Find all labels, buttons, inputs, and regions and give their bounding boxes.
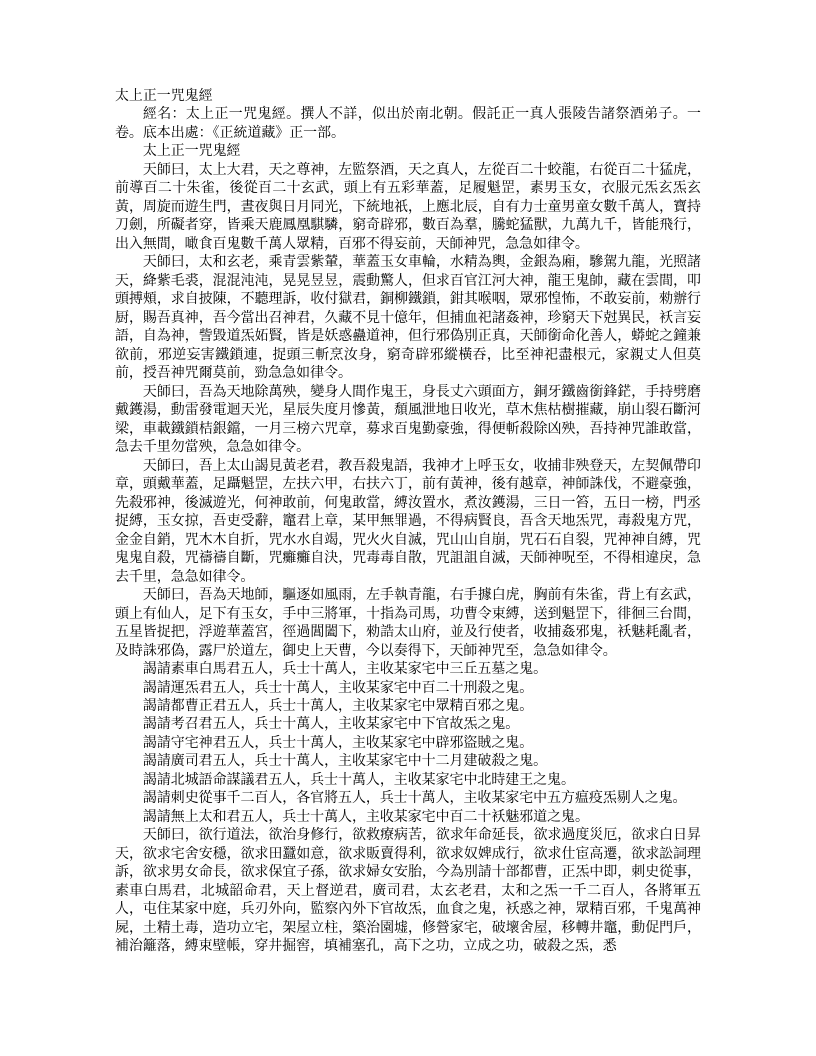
scripture-text-block: 太上正一咒鬼經 經名：太上正一咒鬼經。撰人不詳，似出於南北朝。假託正一真人張陵告…: [115, 88, 701, 957]
paragraph-tianshi-3: 天師曰，吾為天地除萬殃，變身人間作鬼王，身長丈六頭面方，銅牙鐵齒銜鋒鋩，手持劈磨…: [115, 384, 701, 458]
doc-title-repeat: 太上正一咒鬼經: [115, 143, 701, 161]
doc-metadata-paragraph: 經名：太上正一咒鬼經。撰人不詳，似出於南北朝。假託正一真人張陵告諸祭酒弟子。一卷…: [115, 106, 701, 143]
invocation-line-3: 謁請都曹正君五人，兵士十萬人，主收某家宅中眾精百邪之鬼。: [115, 698, 701, 716]
document-page: 太上正一咒鬼經 經名：太上正一咒鬼經。撰人不詳，似出於南北朝。假託正一真人張陵告…: [0, 0, 816, 1056]
invocation-line-1: 謁請素車白馬君五人，兵士十萬人，主收某家宅中三丘五墓之鬼。: [115, 661, 701, 679]
paragraph-tianshi-5: 天師曰，吾為天地師，驅逐如風雨，左手執青龍，右手據白虎，胸前有朱雀，背上有玄武，…: [115, 587, 701, 661]
invocation-line-4: 謁請考召君五人，兵士十萬人，主收某家宅中下官故炁之鬼。: [115, 716, 701, 734]
invocation-line-7: 謁請北城語命謀議君五人，兵士十萬人，主收某家宅中北時建王之鬼。: [115, 772, 701, 790]
paragraph-tianshi-2: 天師曰，太和玄老，乘青雲紫輦，華蓋玉女車輪，水精為輿，金銀為廂，驂駕九龍，光照諸…: [115, 254, 701, 383]
invocation-line-6: 謁請廣司君五人，兵士十萬人，主收某家宅中十二月建破殺之鬼。: [115, 753, 701, 771]
doc-title: 太上正一咒鬼經: [115, 88, 701, 106]
invocation-line-9: 謁請無上太和君五人，兵士十萬人，主收某家宅中百二十袄魅邪道之鬼。: [115, 809, 701, 827]
paragraph-tianshi-6: 天師曰，欲行道法，欲治身修行，欲救療病苦，欲求年命延長，欲求過度災厄，欲求白日昇…: [115, 827, 701, 956]
paragraph-tianshi-1: 天師曰，太上大君，天之尊神，左監祭酒，天之真人，左從百二十蛟龍，右從百二十猛虎，…: [115, 162, 701, 254]
invocation-line-2: 謁請運炁君五人，兵士十萬人，主收某家宅中百二十刑殺之鬼。: [115, 680, 701, 698]
paragraph-tianshi-4: 天師曰，吾上太山謁見黃老君，教吾殺鬼語，我神才上呼玉女，收捕非殃登天，左契佩帶印…: [115, 458, 701, 587]
invocation-line-8: 謁請刺史從事千二百人，各官將五人，兵士十萬人，主收某家宅中五方瘟疫炁剔人之鬼。: [115, 790, 701, 808]
invocation-line-5: 謁請守宅神君五人，兵士十萬人，主收某家宅中辟邪盜賊之鬼。: [115, 735, 701, 753]
